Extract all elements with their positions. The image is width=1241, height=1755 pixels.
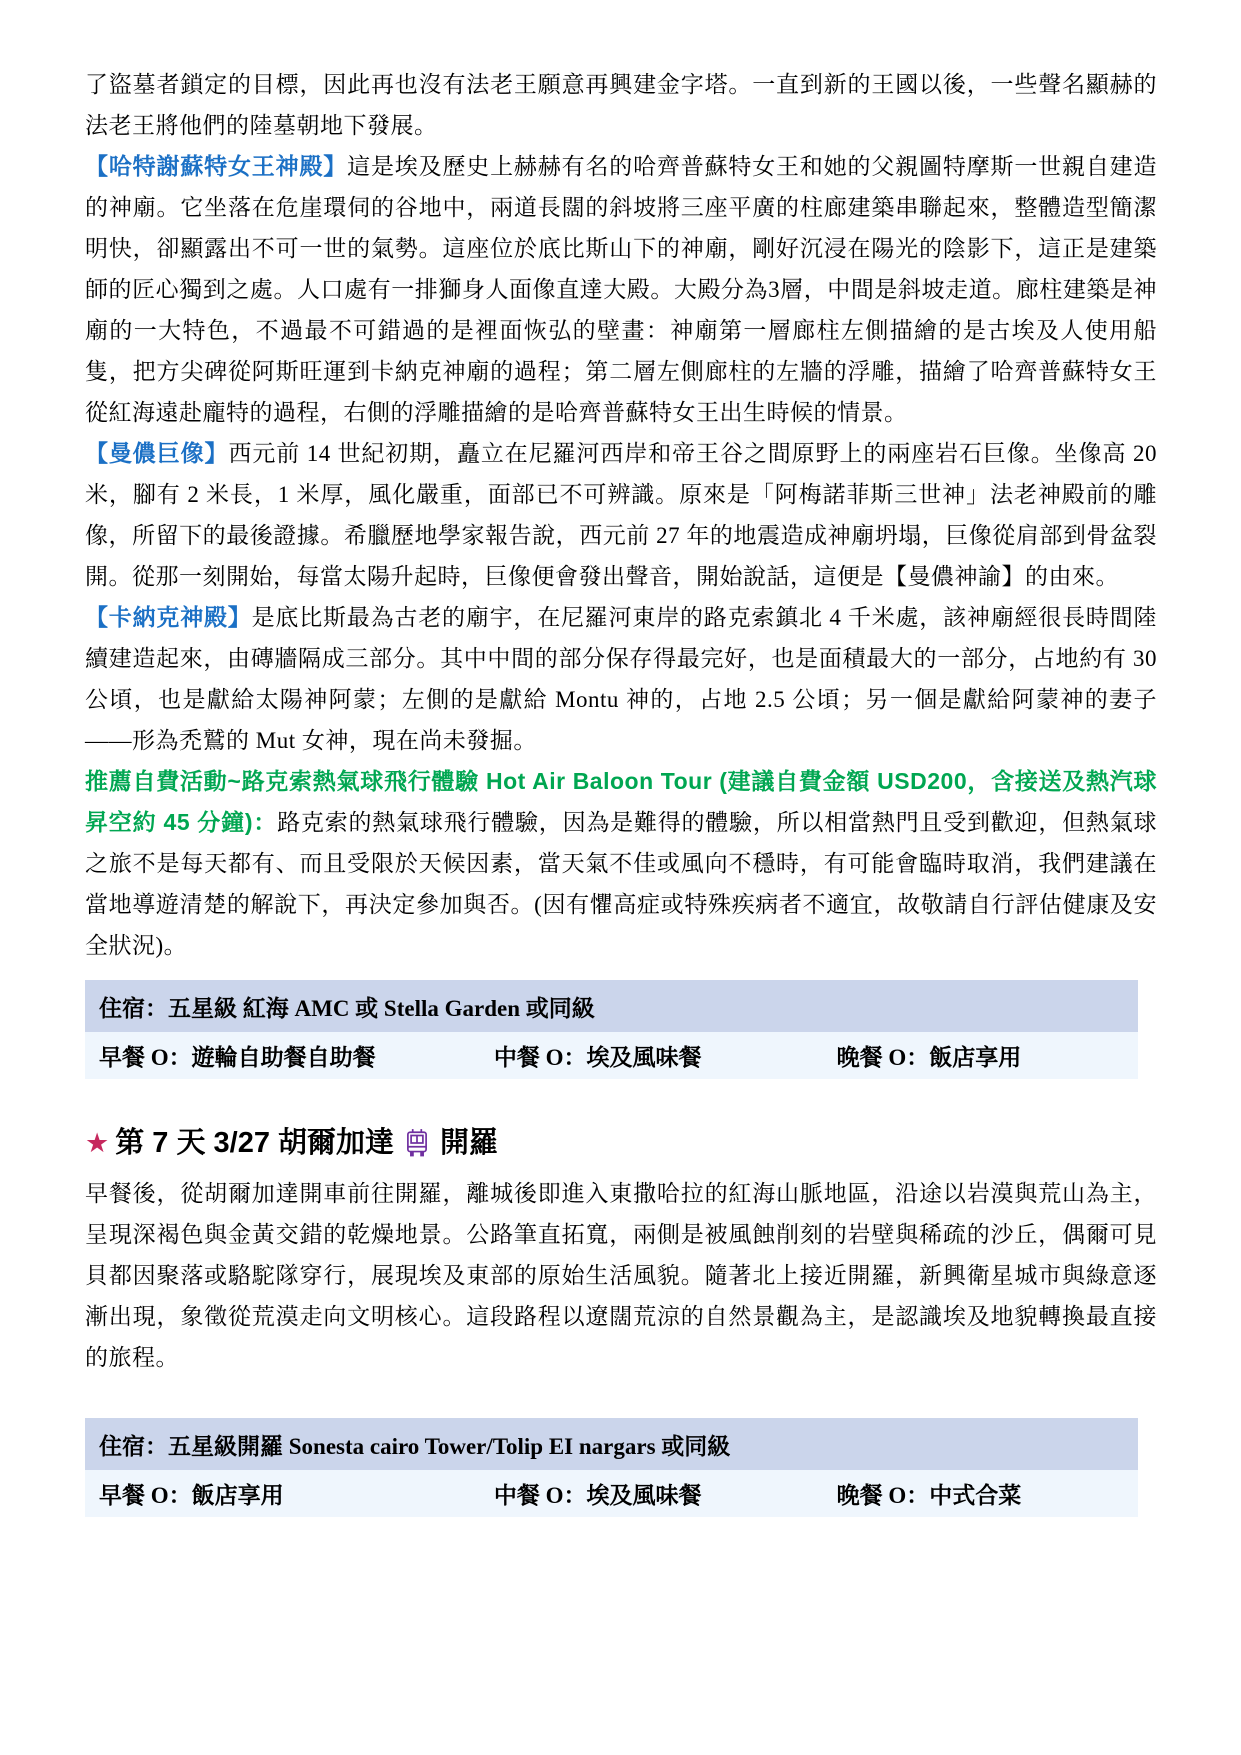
- day6-lunch: 中餐 O：埃及風味餐: [494, 1039, 837, 1072]
- day7-hotel-text: 住宿：五星級開羅 Sonesta cairo Tower/Tolip EI na…: [99, 1428, 730, 1461]
- day6-breakfast: 早餐 O：遊輪自助餐自助餐: [99, 1039, 494, 1072]
- day7-title-before: 第 7 天 3/27 胡爾加達: [115, 1123, 394, 1163]
- day7-hotel-row: 住宿：五星級開羅 Sonesta cairo Tower/Tolip EI na…: [85, 1418, 1138, 1470]
- day6-hotel-text: 住宿：五星級 紅海 AMC 或 Stella Garden 或同級: [99, 990, 595, 1023]
- section-hatshepsut-title: 【哈特謝蘇特女王神殿】: [85, 153, 347, 179]
- section-memnon: 【曼儂巨像】西元前 14 世紀初期，矗立在尼羅河西岸和帝王谷之間原野上的兩座岩石…: [85, 433, 1157, 597]
- section-karnak-title: 【卡納克神殿】: [85, 604, 252, 630]
- day7-description-text: 早餐後，從胡爾加達開車前往開羅，離城後即進入東撒哈拉的紅海山脈地區，沿途以岩漠與…: [85, 1181, 1157, 1370]
- day7-meals-row: 早餐 O：飯店享用 中餐 O：埃及風味餐 晚餐 O：中式合菜: [85, 1470, 1138, 1517]
- section-hatshepsut: 【哈特謝蘇特女王神殿】這是埃及歷史上赫赫有名的哈齊普蘇特女王和她的父親圖特摩斯一…: [85, 146, 1157, 433]
- day7-heading: ★ 第 7 天 3/27 胡爾加達 開羅: [85, 1123, 1157, 1163]
- day6-dinner: 晚餐 O：飯店享用: [837, 1039, 1138, 1072]
- bus-icon: [404, 1128, 430, 1158]
- day6-meals-row: 早餐 O：遊輪自助餐自助餐 中餐 O：埃及風味餐 晚餐 O：飯店享用: [85, 1032, 1138, 1079]
- spacer: [85, 1378, 1157, 1404]
- day6-hotel-meal-table: 住宿：五星級 紅海 AMC 或 Stella Garden 或同級 早餐 O：遊…: [85, 980, 1138, 1079]
- day7-hotel-meal-table: 住宿：五星級開羅 Sonesta cairo Tower/Tolip EI na…: [85, 1418, 1138, 1517]
- promo-balloon-paragraph: 推薦自費活動~路克索熱氣球飛行體驗 Hot Air Baloon Tour (建…: [85, 761, 1157, 966]
- day6-hotel-row: 住宿：五星級 紅海 AMC 或 Stella Garden 或同級: [85, 980, 1138, 1032]
- day7-description: 早餐後，從胡爾加達開車前往開羅，離城後即進入東撒哈拉的紅海山脈地區，沿途以岩漠與…: [85, 1173, 1157, 1378]
- section-karnak: 【卡納克神殿】是底比斯最為古老的廟宇，在尼羅河東岸的路克索鎮北 4 千米處，該神…: [85, 597, 1157, 761]
- day7-breakfast: 早餐 O：飯店享用: [99, 1477, 494, 1510]
- section-hatshepsut-body: 這是埃及歷史上赫赫有名的哈齊普蘇特女王和她的父親圖特摩斯一世親自建造的神廟。它坐…: [85, 154, 1157, 425]
- itinerary-document-page: 了盜墓者鎖定的目標，因此再也沒有法老王願意再興建金字塔。一直到新的王國以後，一些…: [0, 0, 1241, 1755]
- star-icon: ★: [85, 1123, 109, 1163]
- day7-lunch: 中餐 O：埃及風味餐: [494, 1477, 837, 1510]
- section-memnon-title: 【曼儂巨像】: [85, 440, 228, 466]
- day7-title-after: 開羅: [440, 1123, 498, 1163]
- intro-text: 了盜墓者鎖定的目標，因此再也沒有法老王願意再興建金字塔。一直到新的王國以後，一些…: [85, 72, 1157, 138]
- intro-paragraph: 了盜墓者鎖定的目標，因此再也沒有法老王願意再興建金字塔。一直到新的王國以後，一些…: [85, 64, 1157, 146]
- day7-dinner: 晚餐 O：中式合菜: [837, 1477, 1138, 1510]
- section-memnon-body: 西元前 14 世紀初期，矗立在尼羅河西岸和帝王谷之間原野上的兩座岩石巨像。坐像高…: [85, 441, 1157, 589]
